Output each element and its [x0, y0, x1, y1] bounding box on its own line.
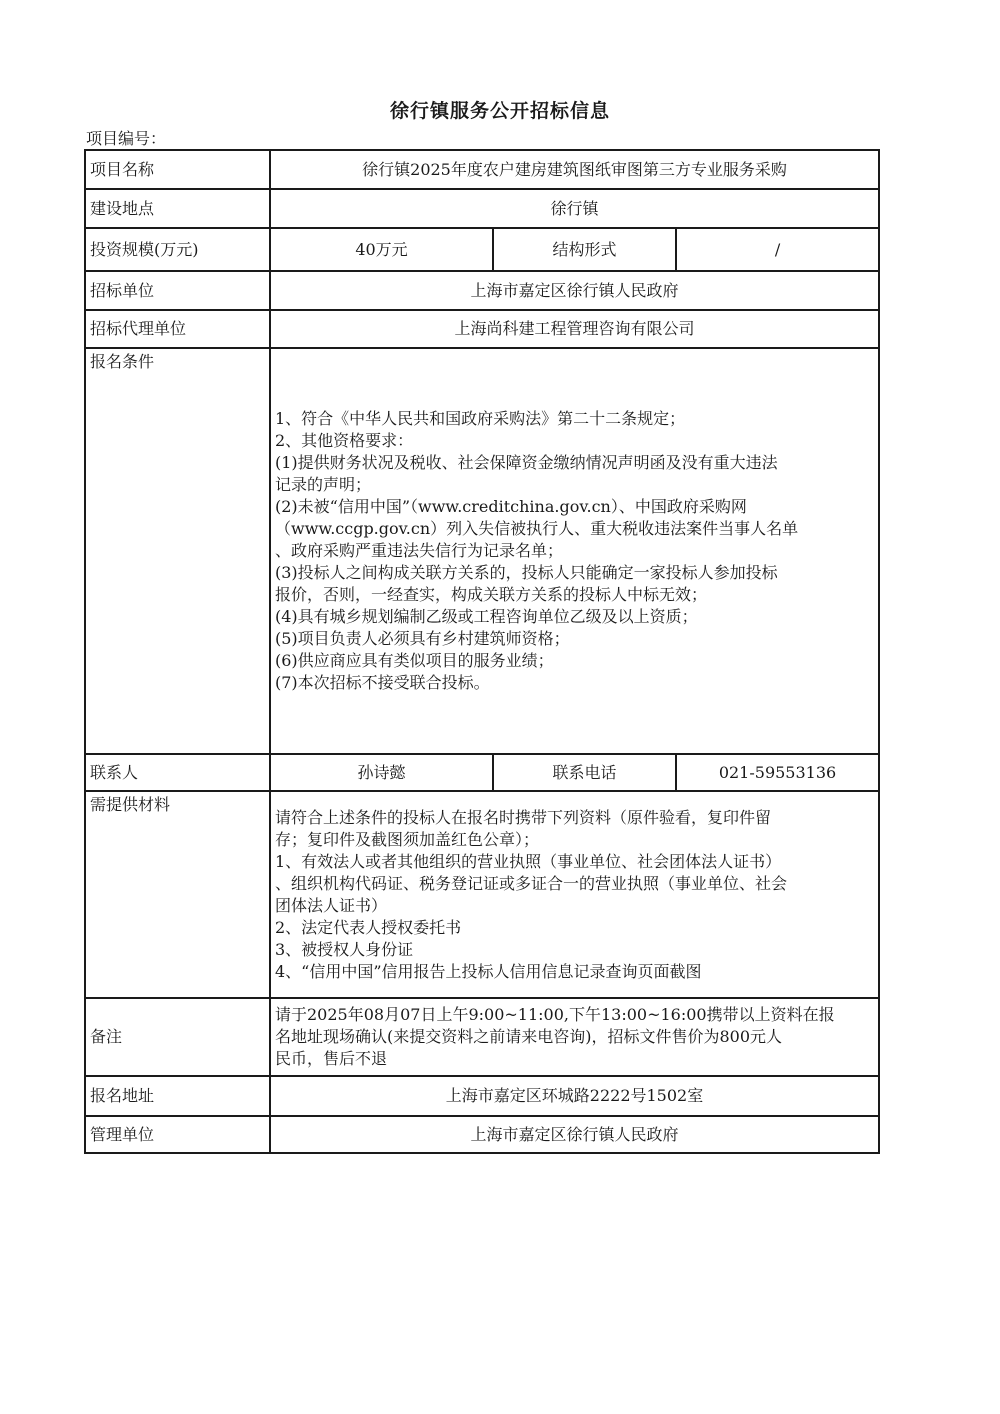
- registration-address-label: 报名地址: [85, 1076, 270, 1116]
- requirements-line: (5)项目负责人必须具有乡村建筑师资格；: [275, 628, 872, 650]
- requirements-line: （www.ccgp.gov.cn）列入失信被执行人、重大税收违法案件当事人名单: [275, 518, 872, 540]
- management-unit-value: 上海市嘉定区徐行镇人民政府: [270, 1116, 879, 1153]
- materials-line: 3、被授权人身份证: [275, 939, 872, 961]
- location-label: 建设地点: [85, 189, 270, 228]
- materials-line: 4、“信用中国”信用报告上投标人信用信息记录查询页面截图: [275, 961, 872, 983]
- project-number-label: 项目编号：: [86, 126, 166, 149]
- row-location: 建设地点 徐行镇: [85, 189, 879, 228]
- agent-unit-label: 招标代理单位: [85, 310, 270, 348]
- investment-value: 40万元: [270, 228, 493, 271]
- materials-line: 、组织机构代码证、税务登记证或多证合一的营业执照（事业单位、社会: [275, 873, 872, 895]
- row-materials: 需提供材料 请符合上述条件的投标人在报名时携带下列资料（原件验看，复印件留 存；…: [85, 791, 879, 998]
- requirements-line: (4)具有城乡规划编制乙级或工程咨询单位乙级及以上资质；: [275, 606, 872, 628]
- row-investment: 投资规模(万元) 40万元 结构形式 /: [85, 228, 879, 271]
- remarks-line: 名地址现场确认(来提交资料之前请来电咨询)，招标文件售价为800元人: [275, 1026, 872, 1048]
- agent-unit-value: 上海尚科建工程管理咨询有限公司: [270, 310, 879, 348]
- contact-value: 孙诗懿: [270, 754, 493, 791]
- remarks-content: 请于2025年08月07日上午9:00~11:00,下午13:00~16:00携…: [270, 998, 879, 1076]
- materials-line: 2、法定代表人授权委托书: [275, 917, 872, 939]
- requirements-line: (2)未被“信用中国”（www.creditchina.gov.cn）、中国政府…: [275, 496, 872, 518]
- requirements-content: 1、符合《中华人民共和国政府采购法》第二十二条规定； 2、其他资格要求： (1)…: [270, 348, 879, 754]
- row-management-unit: 管理单位 上海市嘉定区徐行镇人民政府: [85, 1116, 879, 1153]
- investment-label: 投资规模(万元): [85, 228, 270, 271]
- requirements-line: 、政府采购严重违法失信行为记录名单；: [275, 540, 872, 562]
- row-tender-unit: 招标单位 上海市嘉定区徐行镇人民政府: [85, 271, 879, 310]
- structure-value: /: [676, 228, 879, 271]
- project-name-value: 徐行镇2025年度农户建房建筑图纸审图第三方专业服务采购: [270, 150, 879, 189]
- materials-line: 1、有效法人或者其他组织的营业执照（事业单位、社会团体法人证书）: [275, 851, 872, 873]
- requirements-line: 记录的声明；: [275, 474, 872, 496]
- row-remarks: 备注 请于2025年08月07日上午9:00~11:00,下午13:00~16:…: [85, 998, 879, 1076]
- row-contact: 联系人 孙诗懿 联系电话 021-59553136: [85, 754, 879, 791]
- management-unit-label: 管理单位: [85, 1116, 270, 1153]
- contact-label: 联系人: [85, 754, 270, 791]
- phone-label: 联系电话: [493, 754, 676, 791]
- phone-value: 021-59553136: [676, 754, 879, 791]
- location-value: 徐行镇: [270, 189, 879, 228]
- row-registration-address: 报名地址 上海市嘉定区环城路2222号1502室: [85, 1076, 879, 1116]
- registration-address-value: 上海市嘉定区环城路2222号1502室: [270, 1076, 879, 1116]
- materials-label: 需提供材料: [85, 791, 270, 998]
- row-requirements: 报名条件 1、符合《中华人民共和国政府采购法》第二十二条规定； 2、其他资格要求…: [85, 348, 879, 754]
- materials-line: 存；复印件及截图须加盖红色公章）；: [275, 829, 872, 851]
- materials-line: 请符合上述条件的投标人在报名时携带下列资料（原件验看，复印件留: [275, 807, 872, 829]
- structure-label: 结构形式: [493, 228, 676, 271]
- materials-content: 请符合上述条件的投标人在报名时携带下列资料（原件验看，复印件留 存；复印件及截图…: [270, 791, 879, 998]
- requirements-label: 报名条件: [85, 348, 270, 754]
- materials-line: 团体法人证书）: [275, 895, 872, 917]
- project-name-label: 项目名称: [85, 150, 270, 189]
- tender-unit-value: 上海市嘉定区徐行镇人民政府: [270, 271, 879, 310]
- requirements-line: (3)投标人之间构成关联方关系的，投标人只能确定一家投标人参加投标: [275, 562, 872, 584]
- remarks-label: 备注: [85, 998, 270, 1076]
- document-title: 徐行镇服务公开招标信息: [0, 96, 1000, 123]
- requirements-line: 1、符合《中华人民共和国政府采购法》第二十二条规定；: [275, 408, 872, 430]
- remarks-line: 请于2025年08月07日上午9:00~11:00,下午13:00~16:00携…: [275, 1004, 872, 1026]
- requirements-line: (7)本次招标不接受联合投标。: [275, 672, 872, 694]
- tender-unit-label: 招标单位: [85, 271, 270, 310]
- remarks-line: 民币，售后不退: [275, 1048, 872, 1070]
- requirements-line: 报价，否则，一经查实，构成关联方关系的投标人中标无效；: [275, 584, 872, 606]
- requirements-line: (1)提供财务状况及税收、社会保障资金缴纳情况声明函及没有重大违法: [275, 452, 872, 474]
- requirements-line: (6)供应商应具有类似项目的服务业绩；: [275, 650, 872, 672]
- row-project-name: 项目名称 徐行镇2025年度农户建房建筑图纸审图第三方专业服务采购: [85, 150, 879, 189]
- tender-info-table: 项目名称 徐行镇2025年度农户建房建筑图纸审图第三方专业服务采购 建设地点 徐…: [84, 149, 880, 1154]
- row-agent-unit: 招标代理单位 上海尚科建工程管理咨询有限公司: [85, 310, 879, 348]
- requirements-line: 2、其他资格要求：: [275, 430, 872, 452]
